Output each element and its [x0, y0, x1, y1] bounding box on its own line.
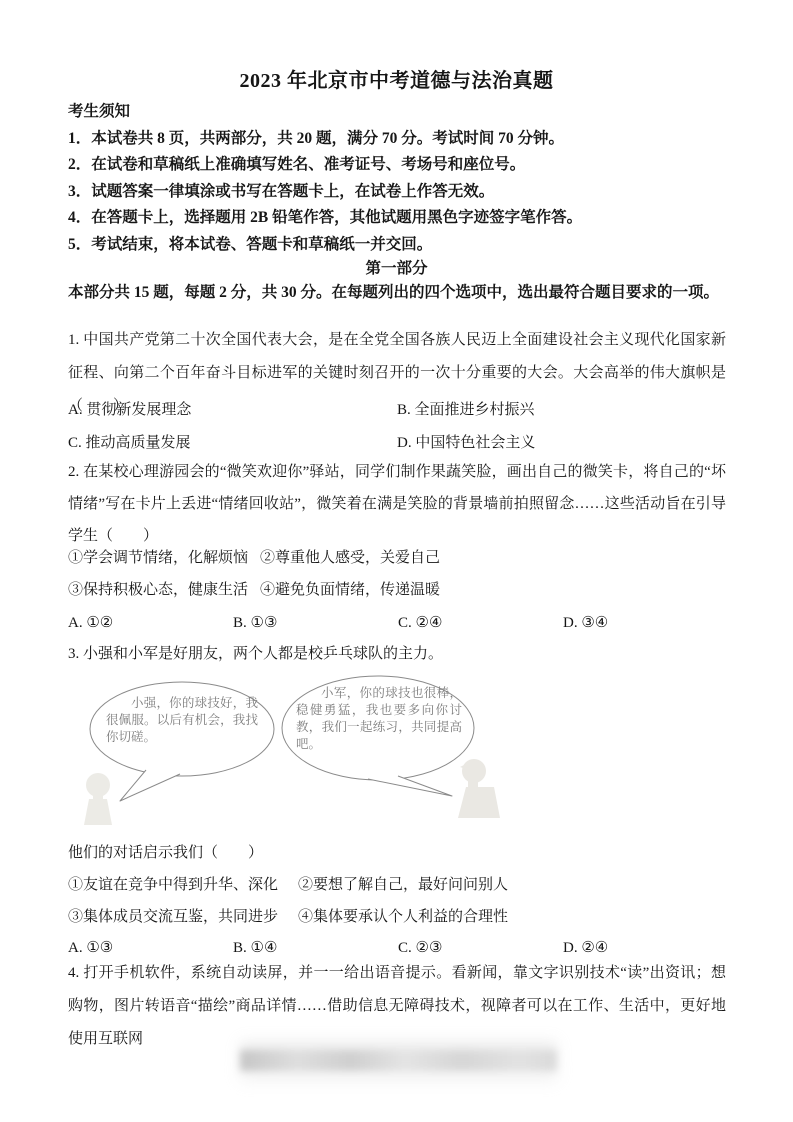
- question-2-subitems-row-2: ③保持积极心态，健康生活 ④避免负面情绪，传递温暖: [68, 580, 726, 600]
- left-bubble-text: 小强，你的球技好，我很佩服。以后有机会，我找你切磋。: [106, 695, 258, 746]
- question-3-dialogue-figure: 小强，你的球技好，我很佩服。以后有机会，我找你切磋。 小军，你的球技也很棒，稳健…: [68, 668, 538, 840]
- part1-intro: 本部分共 15 题，每题 2 分，共 30 分。在每题列出的四个选项中，选出最符…: [68, 280, 726, 306]
- q2-subitem-1: ①学会调节情绪，化解烦恼: [68, 548, 260, 568]
- question-3-stem: 他们的对话启示我们（ ）: [68, 843, 726, 863]
- page-title: 2023 年北京市中考道德与法治真题: [0, 64, 793, 93]
- q3-subitem-1: ①友谊在竞争中得到升华、深化: [68, 875, 298, 895]
- q2-subitem-2: ②尊重他人感受，关爱自己: [260, 548, 726, 568]
- question-3-subitems-row-1: ①友谊在竞争中得到升华、深化 ②要想了解自己，最好问问别人: [68, 875, 726, 895]
- part1-heading: 第一部分: [0, 258, 793, 279]
- notice-item-4: 4．在答题卡上，选择题用 2B 铅笔作答，其他试题用黑色字迹签字笔作答。: [68, 207, 726, 228]
- q3-option-a: A. ①③: [68, 938, 233, 958]
- exam-paper-page: 2023 年北京市中考道德与法治真题 考生须知 1．本试卷共 8 页，共两部分，…: [0, 0, 793, 1122]
- q3-option-c: C. ②③: [398, 938, 563, 958]
- q1-option-d: D. 中国特色社会主义: [397, 433, 726, 453]
- q2-option-b: B. ①③: [233, 613, 398, 633]
- q2-subitem-3: ③保持积极心态，健康生活: [68, 580, 260, 600]
- question-1-options-row-1: A. 贯彻新发展理念 B. 全面推进乡村振兴: [68, 400, 726, 420]
- q3-subitem-2: ②要想了解自己，最好问问别人: [298, 875, 726, 895]
- q2-option-a: A. ①②: [68, 613, 233, 633]
- q1-option-b: B. 全面推进乡村振兴: [397, 400, 726, 420]
- q3-subitem-4: ④集体要承认个人利益的合理性: [298, 907, 726, 927]
- question-3-subitems-row-2: ③集体成员交流互鉴，共同进步 ④集体要承认个人利益的合理性: [68, 907, 726, 927]
- question-2-subitems-row-1: ①学会调节情绪，化解烦恼 ②尊重他人感受，关爱自己: [68, 548, 726, 568]
- notice-item-2: 2．在试卷和草稿纸上准确填写姓名、准考证号、考场号和座位号。: [68, 154, 726, 175]
- q3-option-b: B. ①④: [233, 938, 398, 958]
- question-1-options-row-2: C. 推动高质量发展 D. 中国特色社会主义: [68, 433, 726, 453]
- question-4-text: 4. 打开手机软件，系统自动读屏，并一一给出语音提示。看新闻，靠文字识别技术“读…: [68, 957, 726, 1056]
- notice-heading: 考生须知: [68, 101, 130, 122]
- person-silhouette-left-icon: [84, 773, 112, 825]
- q2-option-d: D. ③④: [563, 613, 726, 633]
- blurred-watermark: [240, 1050, 557, 1071]
- q3-option-d: D. ②④: [563, 938, 726, 958]
- q1-option-a: A. 贯彻新发展理念: [68, 400, 397, 420]
- question-3-intro: 3. 小强和小军是好朋友，两个人都是校乒乓球队的主力。: [68, 644, 726, 664]
- notice-item-3: 3．试题答案一律填涂或书写在答题卡上，在试卷上作答无效。: [68, 181, 726, 202]
- question-2-text: 2. 在某校心理游园会的“微笑欢迎你”驿站，同学们制作果蔬笑脸，画出自己的微笑卡…: [68, 456, 726, 552]
- question-3-options-row: A. ①③ B. ①④ C. ②③ D. ②④: [68, 938, 726, 958]
- notice-item-1: 1．本试卷共 8 页，共两部分，共 20 题，满分 70 分。考试时间 70 分…: [68, 128, 726, 149]
- q2-option-c: C. ②④: [398, 613, 563, 633]
- q2-subitem-4: ④避免负面情绪，传递温暖: [260, 580, 726, 600]
- notice-item-5: 5．考试结束，将本试卷、答题卡和草稿纸一并交回。: [68, 234, 726, 255]
- person-silhouette-right-icon: [458, 759, 500, 818]
- q1-option-c: C. 推动高质量发展: [68, 433, 397, 453]
- question-2-options-row: A. ①② B. ①③ C. ②④ D. ③④: [68, 613, 726, 633]
- q3-subitem-3: ③集体成员交流互鉴，共同进步: [68, 907, 298, 927]
- right-bubble-text: 小军，你的球技也很棒，稳健勇猛，我也要多向你讨教，我们一起练习，共同提高吧。: [296, 685, 462, 753]
